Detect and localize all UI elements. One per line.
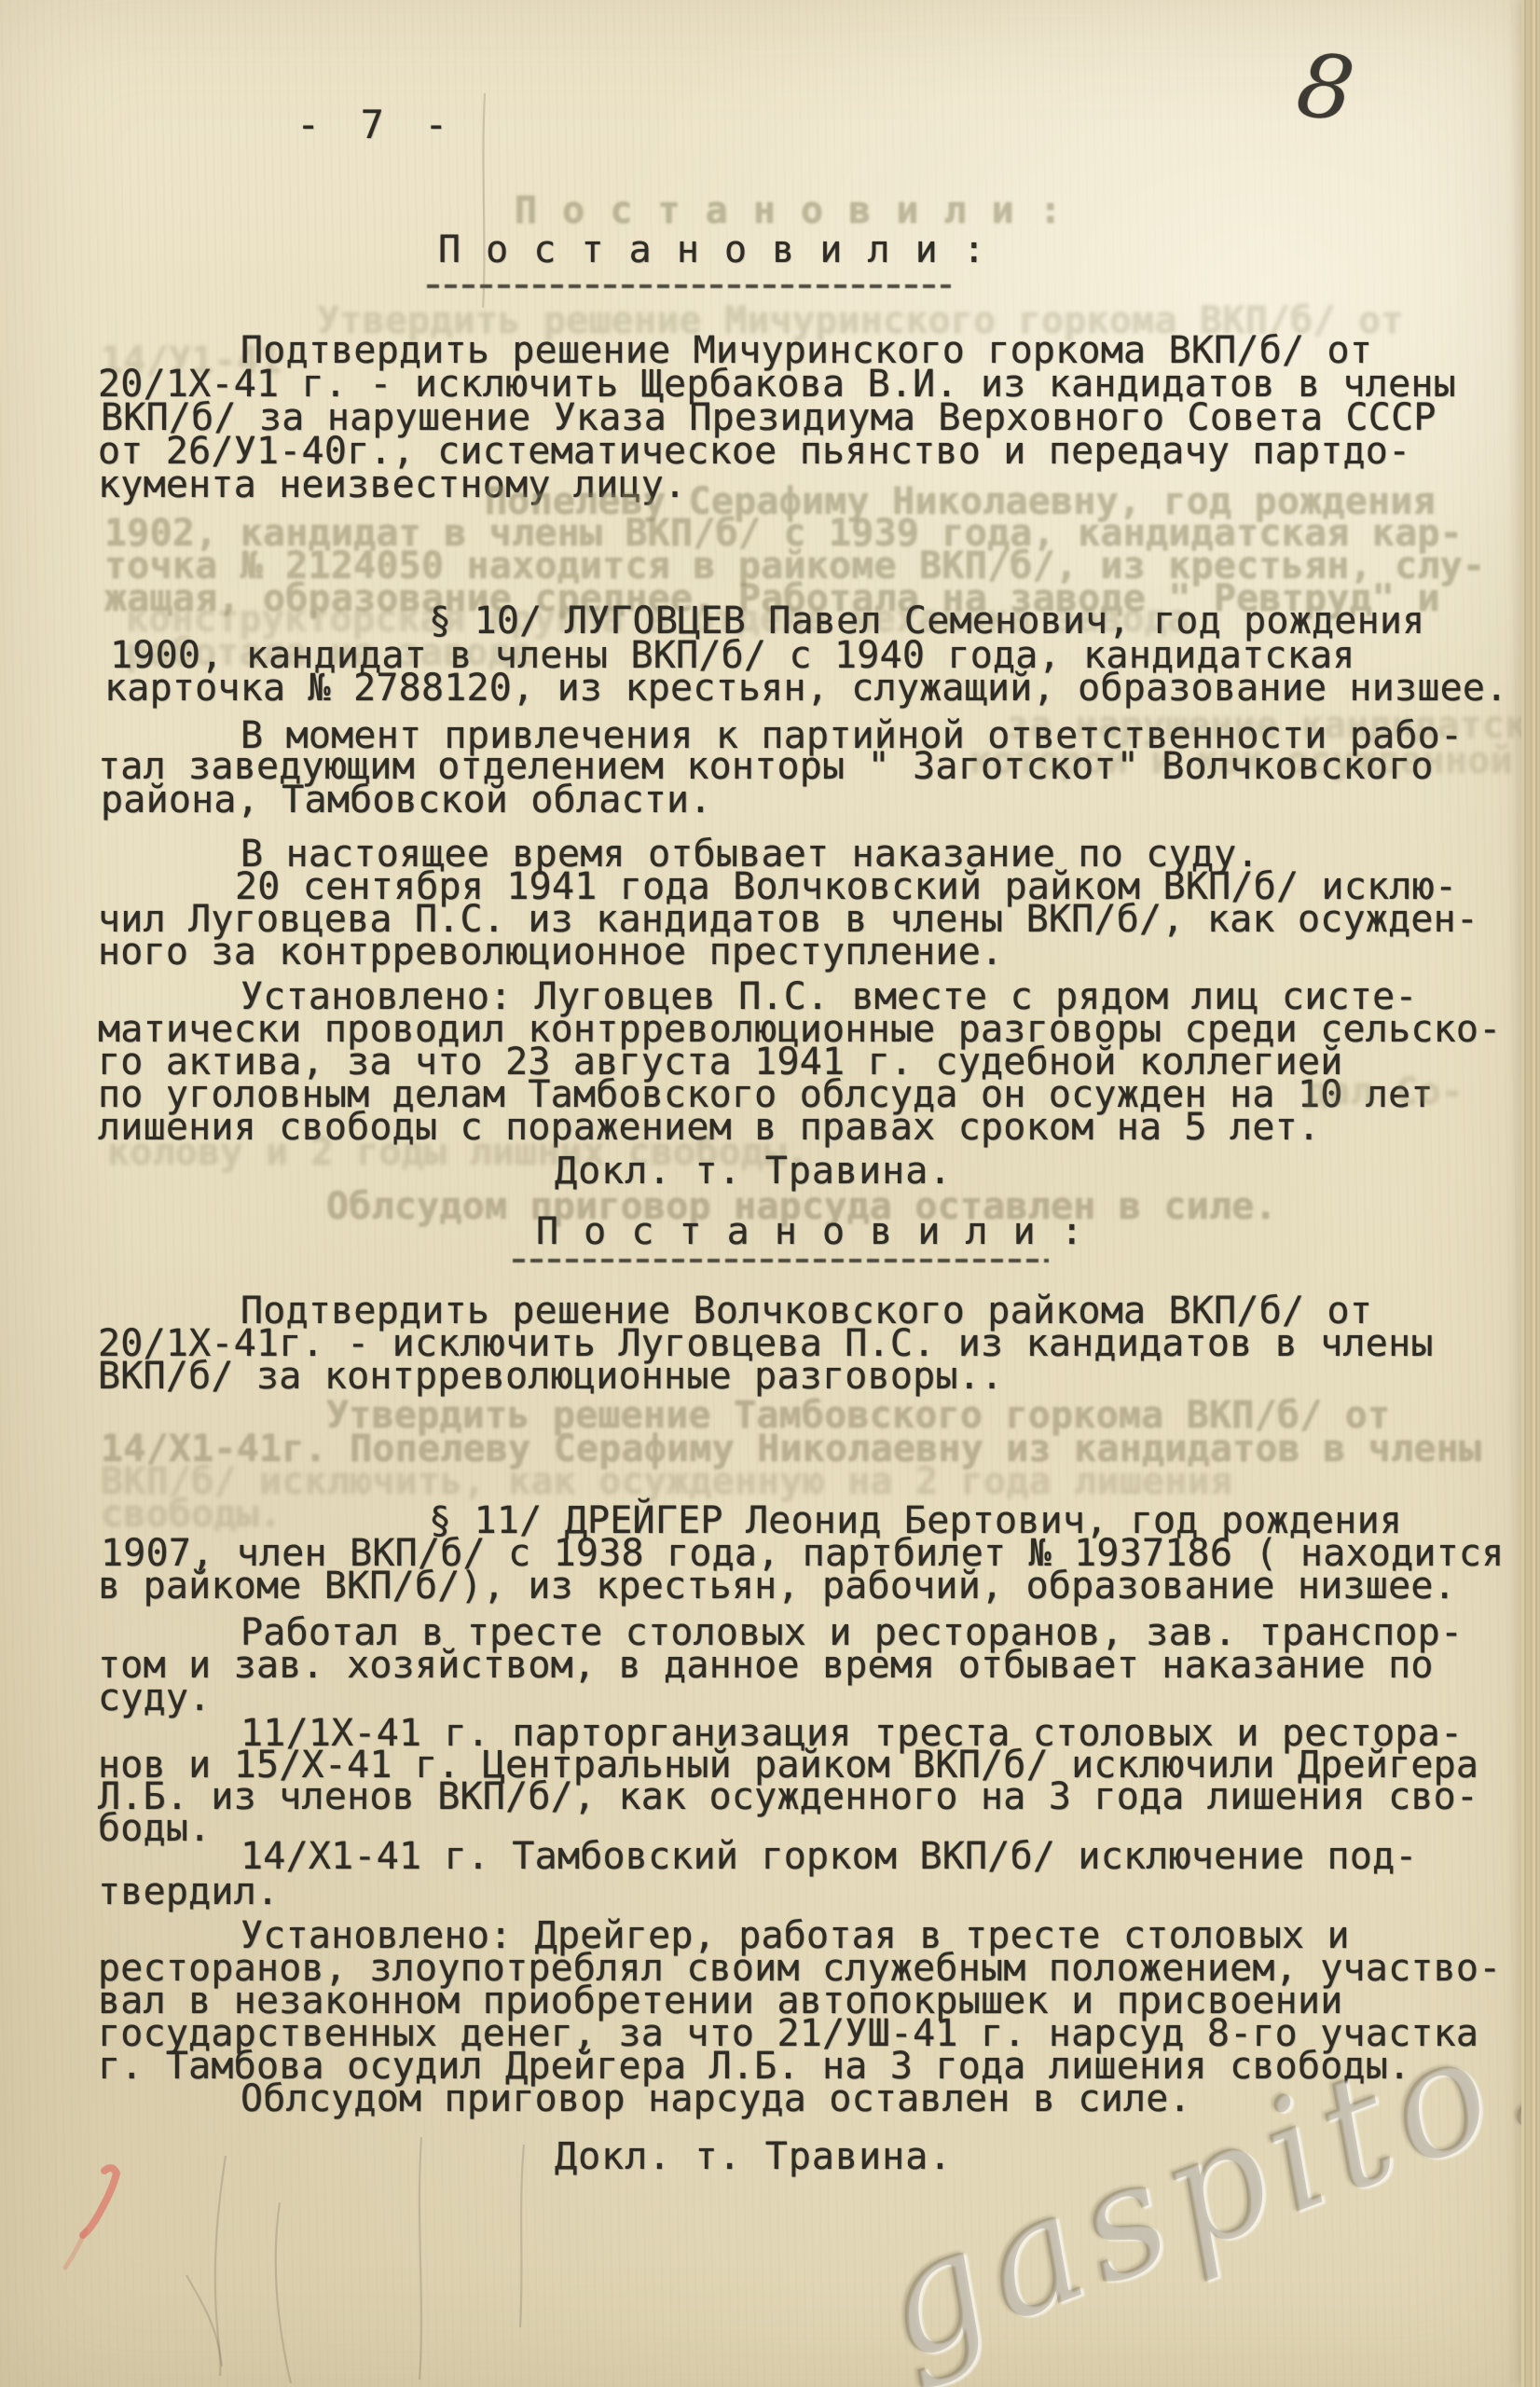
document-page: - 7 -П о с т а н о в и л и :П о с т а н … — [0, 0, 1540, 2387]
red-pencil-mark — [65, 2168, 117, 2268]
pencil-scuffs-and-marks — [0, 0, 1540, 2387]
pencil-scuff-lines — [186, 93, 524, 2383]
page-stack-edge — [1521, 0, 1540, 2387]
